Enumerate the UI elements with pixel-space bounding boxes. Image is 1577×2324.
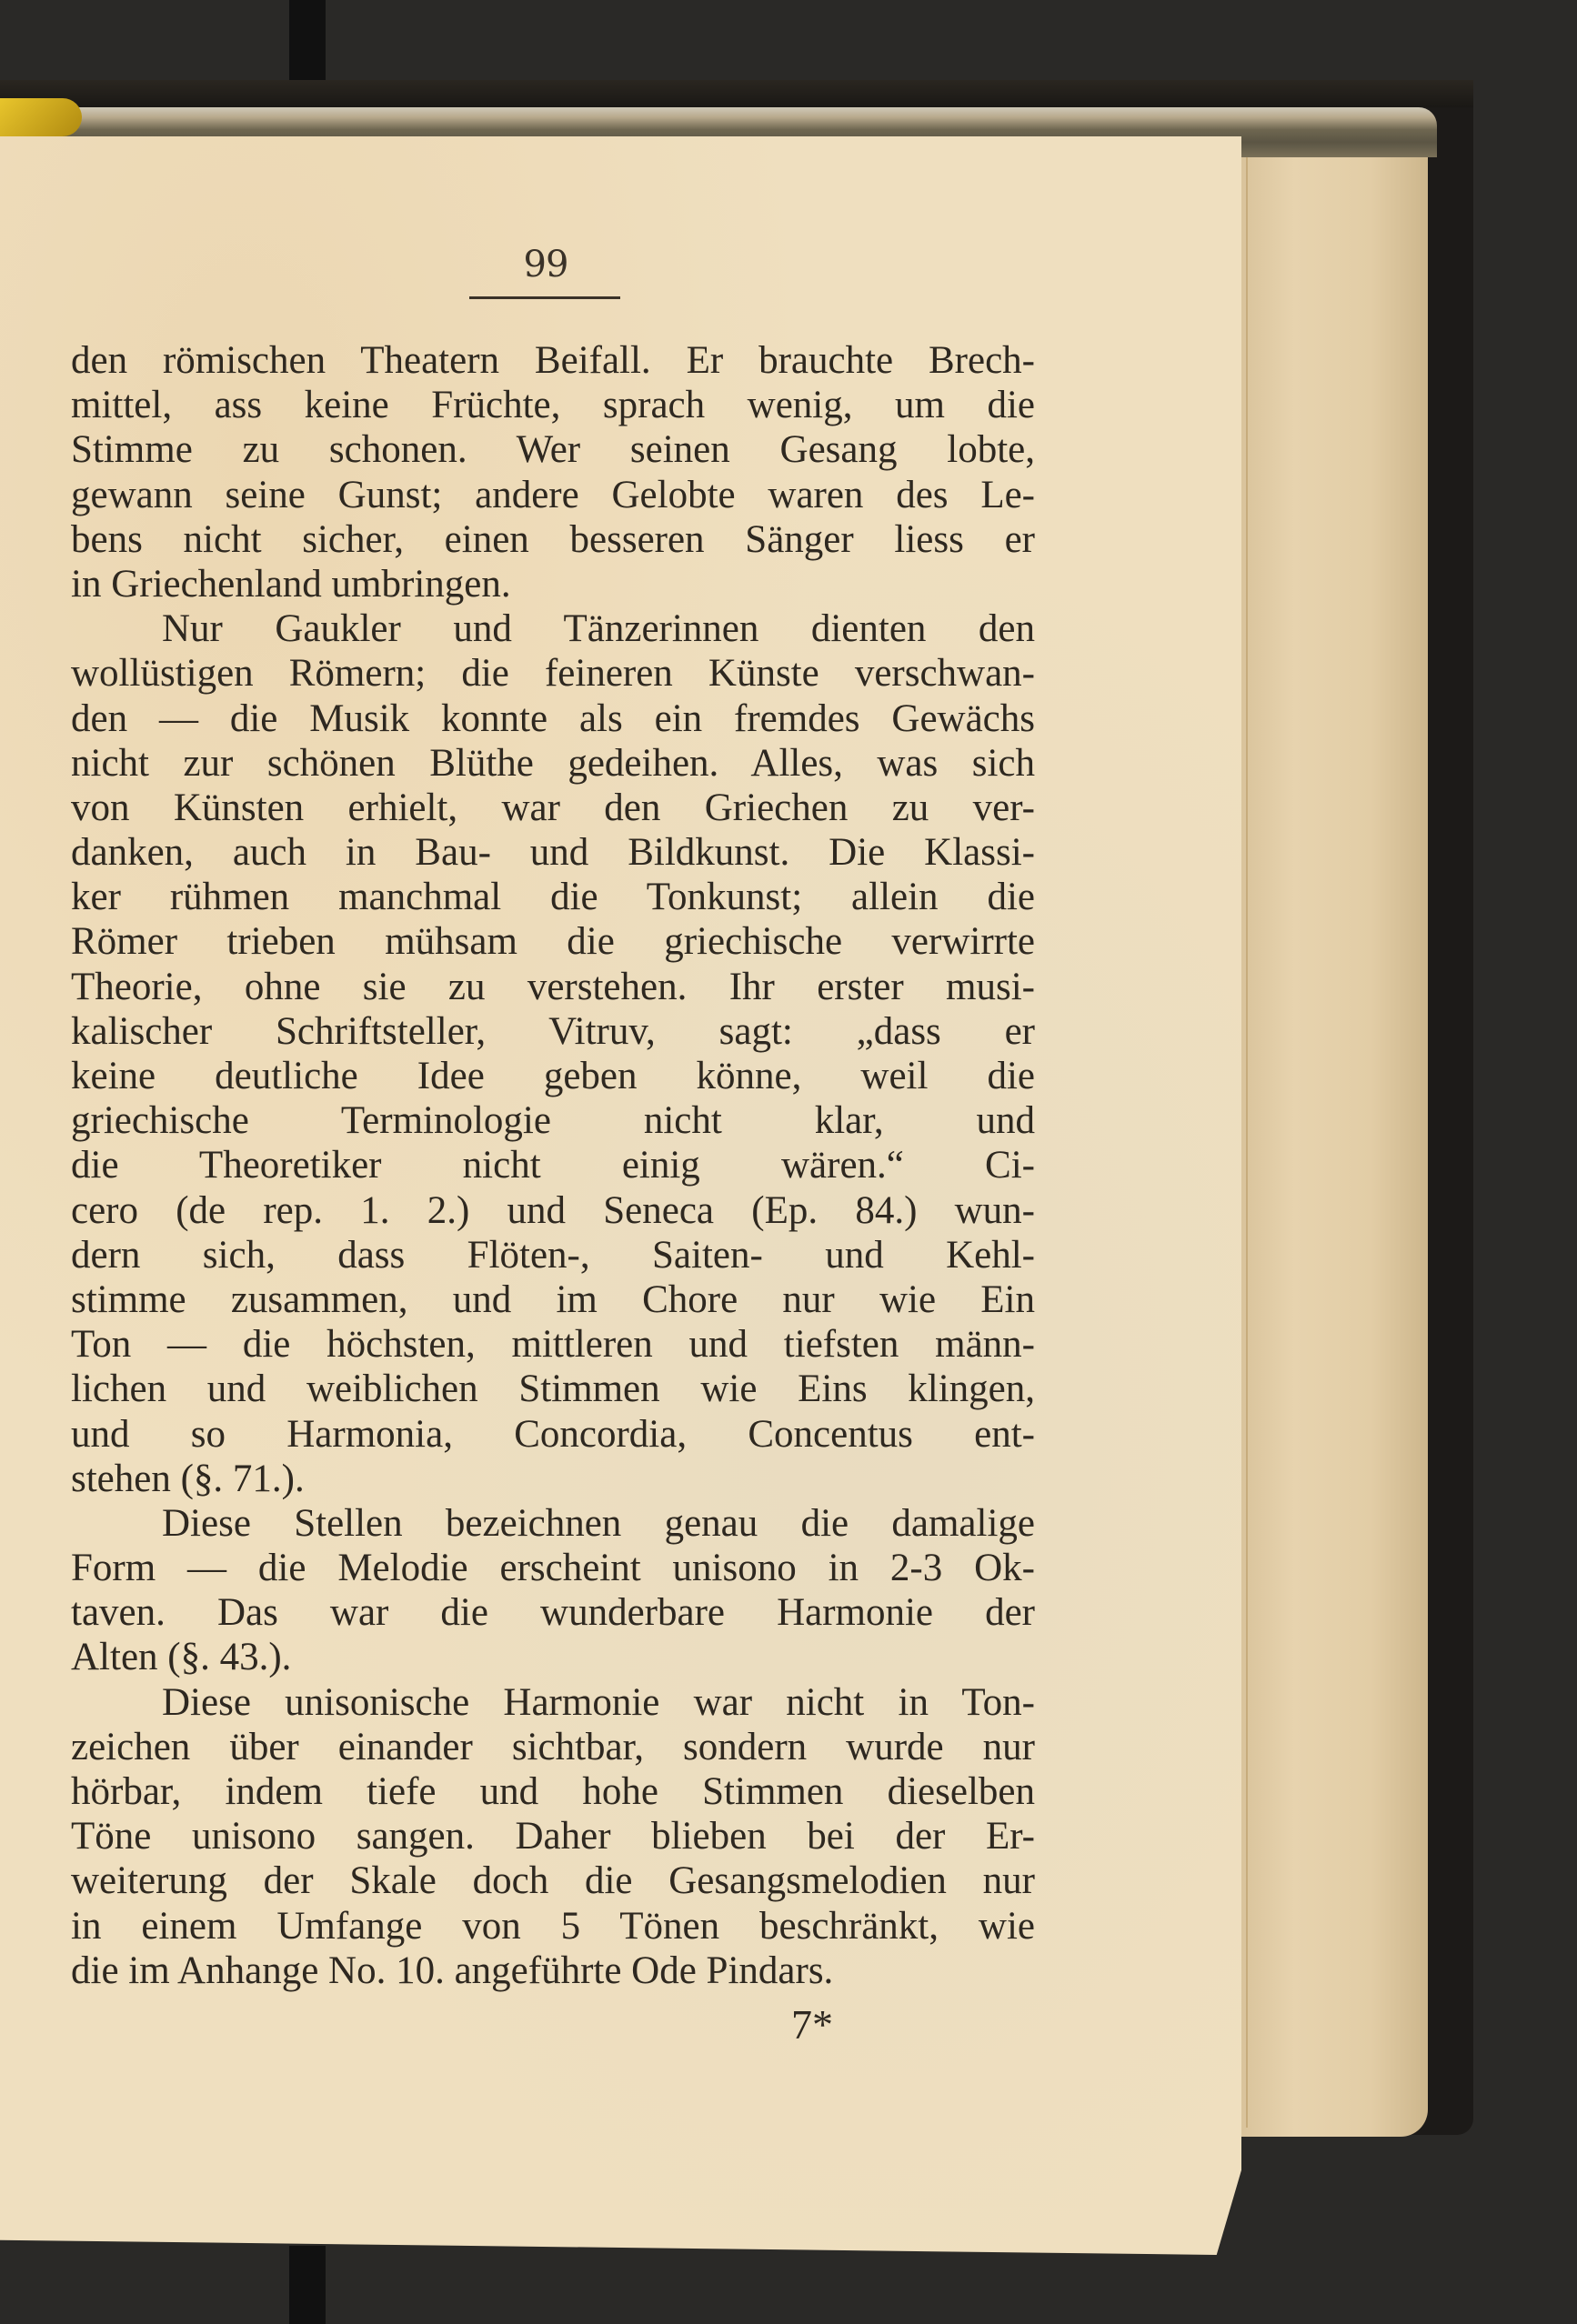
text-line: bens nicht sicher, einen besseren Sänger… — [71, 517, 1035, 562]
text-line: Stimme zu schonen. Wer seinen Gesang lob… — [71, 427, 1035, 472]
background-bar — [289, 2246, 326, 2324]
text-line: griechische Terminologie nicht klar, und — [71, 1098, 1035, 1143]
page-edges — [1237, 127, 1428, 2137]
text-line: stimme zusammen, und im Chore nur wie Ei… — [71, 1277, 1035, 1322]
body-text: den römischen Theatern Beifall. Er brauc… — [71, 338, 1035, 1993]
text-line: nicht zur schönen Blüthe gedeihen. Alles… — [71, 741, 1035, 786]
text-line: Theorie, ohne sie zu verstehen. Ihr erst… — [71, 965, 1035, 1009]
background-bar — [289, 0, 326, 91]
text-line: Ton — die höchsten, mittleren und tiefst… — [71, 1322, 1035, 1367]
text-line: taven. Das war die wunderbare Harmonie d… — [71, 1590, 1035, 1635]
text-line: stehen (§. 71.). — [71, 1457, 1035, 1501]
text-line: in einem Umfange von 5 Tönen beschränkt,… — [71, 1904, 1035, 1948]
text-line: mittel, ass keine Früchte, sprach wenig,… — [71, 383, 1035, 427]
text-line: ker rühmen manchmal die Tonkunst; allein… — [71, 875, 1035, 919]
text-line: gewann seine Gunst; andere Gelobte waren… — [71, 473, 1035, 517]
text-line: danken, auch in Bau- und Bildkunst. Die … — [71, 830, 1035, 875]
page-number: 99 — [491, 244, 600, 285]
text-line: wollüstigen Römern; die feineren Künste … — [71, 651, 1035, 696]
text-line: hörbar, indem tiefe und hohe Stimmen die… — [71, 1769, 1035, 1814]
bookmark-ribbon — [0, 98, 82, 136]
text-line: Töne unisono sangen. Daher blieben bei d… — [71, 1814, 1035, 1858]
text-line: keine deutliche Idee geben könne, weil d… — [71, 1054, 1035, 1098]
text-line: die Theoretiker nicht einig wären.“ Ci- — [71, 1143, 1035, 1187]
signature-mark: 7* — [791, 2000, 833, 2049]
text-line: und so Harmonia, Concordia, Concentus en… — [71, 1412, 1035, 1457]
text-line: Form — die Melodie erscheint unisono in … — [71, 1546, 1035, 1590]
text-line: Römer trieben mühsam die griechische ver… — [71, 919, 1035, 964]
text-line: dern sich, dass Flöten-, Saiten- und Keh… — [71, 1233, 1035, 1277]
text-line: weiterung der Skale doch die Gesangsmelo… — [71, 1858, 1035, 1903]
text-line: kalischer Schriftsteller, Vitruv, sagt: … — [71, 1009, 1035, 1054]
text-line: von Künsten erhielt, war den Griechen zu… — [71, 786, 1035, 830]
text-line: cero (de rep. 1. 2.) und Seneca (Ep. 84.… — [71, 1188, 1035, 1233]
text-line: die im Anhange No. 10. angeführte Ode Pi… — [71, 1948, 1035, 1993]
text-line: Alten (§. 43.). — [71, 1635, 1035, 1679]
text-line: zeichen über einander sichtbar, sondern … — [71, 1725, 1035, 1769]
book-cover-top — [0, 80, 1473, 107]
text-line: Nur Gaukler und Tänzerinnen dienten den — [71, 606, 1035, 651]
text-line: den römischen Theatern Beifall. Er brauc… — [71, 338, 1035, 383]
page-number-rule — [469, 296, 620, 299]
text-line: den — die Musik konnte als ein fremdes G… — [71, 696, 1035, 741]
text-line: Diese unisonische Harmonie war nicht in … — [71, 1680, 1035, 1725]
text-line: in Griechenland umbringen. — [71, 562, 1035, 606]
page-edge-line — [1246, 136, 1248, 2128]
text-line: lichen und weiblichen Stimmen wie Eins k… — [71, 1367, 1035, 1411]
text-line: Diese Stellen bezeichnen genau die damal… — [71, 1501, 1035, 1546]
